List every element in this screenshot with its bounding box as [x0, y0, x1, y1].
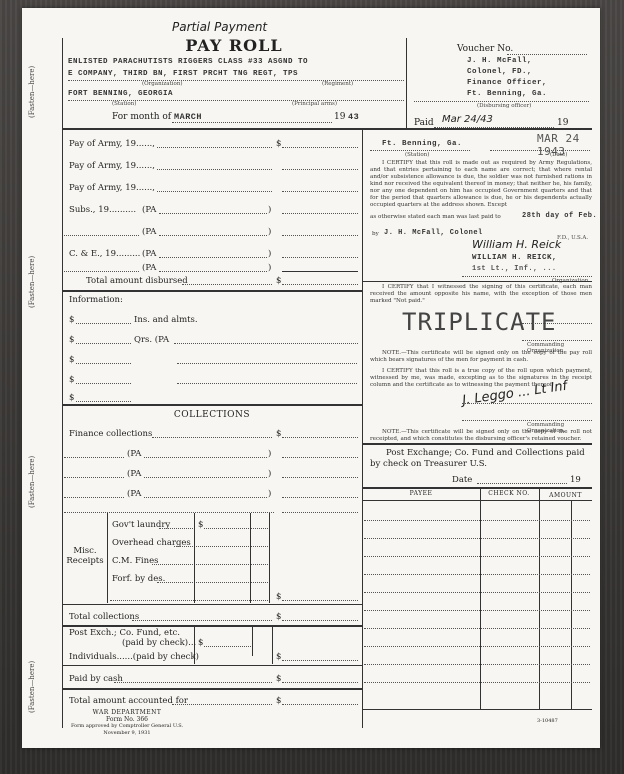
organization-line-2: E COMPANY, THIRD BN, FIRST PRCHT TNG REG… — [68, 70, 298, 78]
date-stamp: MAR 24 1943 — [537, 132, 600, 158]
disbursing-label: (Disbursing officer) — [477, 103, 531, 109]
paid-date: Mar 24/43 — [442, 114, 493, 125]
fasten-label: (Fasten—here) — [28, 661, 36, 713]
last-paid-value: 28th day of Feb. — [522, 212, 597, 220]
organization-line-1: ENLISTED PARACHUTISTS RIGGERS CLASS #33 … — [68, 58, 308, 66]
disbursement-row: (PA — [142, 227, 156, 237]
column-header-payee: PAYEE — [362, 490, 480, 497]
by-value: J. H. McFall, Colonel — [384, 229, 483, 237]
signature: William H. Reick — [472, 238, 561, 251]
total-disbursed-label: Total amount disbursed — [86, 276, 188, 286]
paid-label: Paid — [414, 118, 434, 128]
handwritten-note: Partial Payment — [172, 20, 267, 34]
payee-date-label: Date — [452, 475, 472, 485]
certificate-station: Ft. Benning, Ga. — [382, 140, 462, 148]
triplicate-stamp: TRIPLICATE — [402, 308, 557, 336]
certificate-text: I CERTIFY that this roll is made out as … — [370, 160, 592, 209]
disbursement-row: C. & E., 19......... — [69, 249, 140, 259]
total-accounted-label: Total amount accounted for — [69, 696, 188, 706]
disbursing-officer: J. H. McFall, Colonel, FD., Finance Offi… — [467, 56, 547, 100]
disbursement-row: Subs., 19.......... — [69, 205, 136, 215]
year-prefix: 19 — [334, 112, 345, 122]
total-collections-label: Total collections — [69, 612, 139, 622]
pay-roll-document: (Fasten—here) (Fasten—here) (Fasten—here… — [22, 8, 600, 748]
fasten-label: (Fasten—here) — [28, 456, 36, 508]
payee-table-heading: Post Exchange; Co. Fund and Collections … — [370, 448, 592, 470]
misc-receipts-label: Misc. Receipts — [64, 546, 106, 566]
information-row: $ — [69, 355, 74, 365]
information-row: $ — [69, 393, 74, 403]
disbursement-row: Pay of Army, 19......, — [69, 139, 155, 149]
collections-heading: COLLECTIONS — [62, 410, 362, 420]
page-title: PAY ROLL — [62, 36, 406, 55]
collection-pa-row: (PA — [127, 469, 141, 479]
paid-year: 19 — [557, 118, 568, 128]
information-row: $ — [69, 335, 74, 345]
column-header-amount: AMOUNT — [539, 492, 592, 499]
witness-certificate: I CERTIFY that I witnessed the signing o… — [370, 284, 592, 305]
header-bottom-rule — [62, 128, 592, 130]
signer-name: WILLIAM H. REICK, — [472, 254, 557, 262]
form-footer: WAR DEPARTMENT Form No. 366 Form approve… — [62, 710, 192, 736]
column-divider — [362, 128, 363, 728]
individuals-label: Individuals......(paid by check) — [69, 652, 199, 662]
collection-pa-row: (PA — [127, 449, 141, 459]
header-divider — [406, 38, 407, 128]
disbursement-row: Pay of Army, 19......, — [69, 183, 155, 193]
month-label: For month of — [112, 112, 171, 122]
information-heading: Information: — [69, 295, 123, 305]
certificate-note: NOTE.—This certificate will be signed on… — [370, 350, 592, 364]
post-exchange-label: Post Exch.; Co. Fund, etc. — [69, 628, 180, 638]
collection-pa-row: (PA — [127, 489, 141, 499]
regiment-label: (Regiment) — [322, 81, 353, 87]
organization-label: (Organization) — [142, 81, 183, 87]
information-row: $ — [69, 315, 74, 325]
disbursement-row: (PA — [142, 263, 156, 273]
principal-arms-label: (Principal arms) — [292, 101, 337, 107]
station-value: FORT BENNING, GEORGIA — [68, 90, 173, 98]
disbursement-row: Pay of Army, 19......, — [69, 161, 155, 171]
information-row: $ — [69, 375, 74, 385]
certificate-note: NOTE.—This certificate will be signed on… — [370, 429, 592, 443]
year-value: 43 — [348, 112, 359, 122]
fasten-label: (Fasten—here) — [28, 256, 36, 308]
month-value: MARCH — [174, 112, 202, 122]
form-code: 3-10487 — [537, 718, 558, 724]
fasten-label: (Fasten—here) — [28, 66, 36, 118]
finance-collections-label: Finance collections — [69, 429, 152, 439]
column-header-check-no: CHECK NO. — [480, 490, 538, 497]
voucher-label: Voucher No. — [457, 44, 513, 54]
station-label: (Station) — [112, 101, 136, 107]
signer-title: 1st Lt., Inf., ... — [472, 265, 557, 273]
